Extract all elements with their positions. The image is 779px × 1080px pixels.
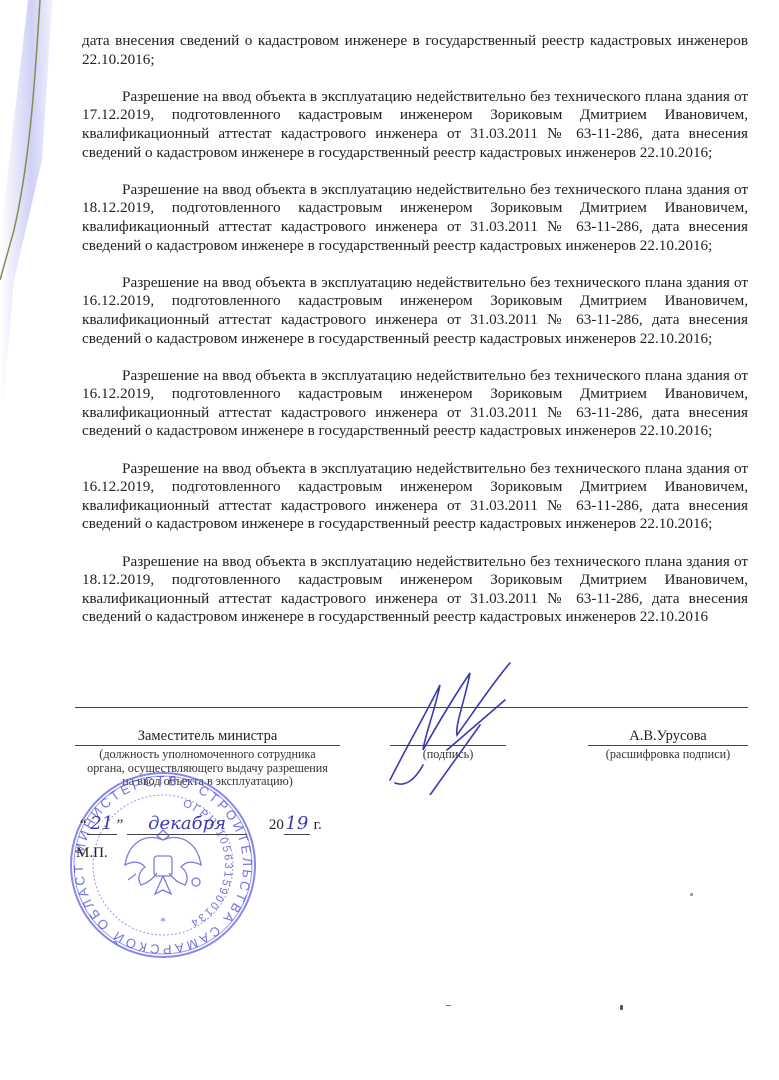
top-fragment: дата внесения сведений о кадастровом инж…: [82, 32, 748, 69]
seal-label: М.П.: [76, 845, 108, 862]
name-value: А.В.Урусова: [588, 727, 748, 745]
paragraph-5: Разрешение на ввод объекта в эксплуатаци…: [82, 460, 748, 534]
svg-text:*: *: [160, 914, 166, 928]
eagle-emblem-icon: [125, 830, 201, 894]
scan-speck: [620, 1005, 623, 1008]
handwritten-signature: [385, 655, 555, 795]
position-value: Заместитель министра: [75, 727, 340, 745]
date-month: декабря: [127, 813, 247, 835]
date-year: 19: [284, 813, 310, 835]
document-body: дата внесения сведений о кадастровом инж…: [82, 32, 748, 646]
name-field: А.В.Урусова (расшифровка подписи): [588, 727, 748, 762]
name-caption: (расшифровка подписи): [588, 746, 748, 762]
paragraph-3: Разрешение на ввод объекта в эксплуатаци…: [82, 274, 748, 348]
paragraph-1: Разрешение на ввод объекта в эксплуатаци…: [82, 88, 748, 162]
paragraph-4: Разрешение на ввод объекта в эксплуатаци…: [82, 367, 748, 441]
scan-speck: [446, 1005, 451, 1006]
paragraph-2: Разрешение на ввод объекта в эксплуатаци…: [82, 181, 748, 255]
issue-date: “21” декабря 2019 г.: [80, 813, 322, 835]
scan-edge-fold-line: [0, 0, 50, 300]
paragraph-6: Разрешение на ввод объекта в эксплуатаци…: [82, 553, 748, 627]
scan-speck: [690, 893, 693, 896]
date-day: 21: [87, 813, 117, 835]
official-seal-stamp: МИНИСТЕРСТВО СТРОИТЕЛЬСТВА САМАРСКОЙ ОБЛ…: [68, 770, 258, 960]
